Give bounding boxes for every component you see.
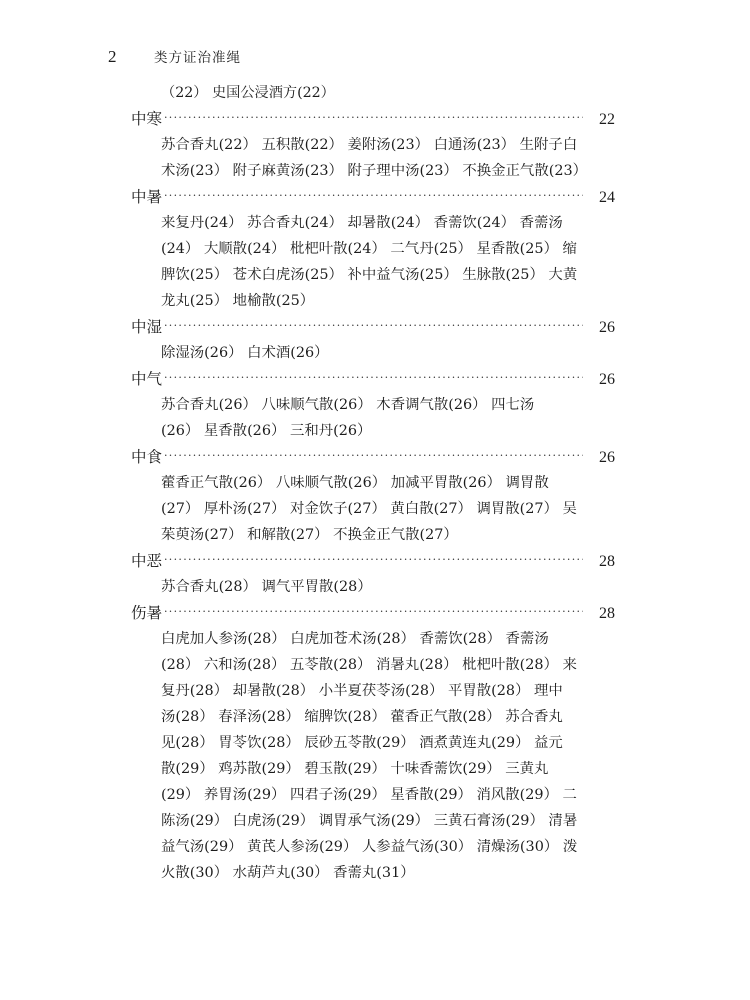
entry-page-number: 26 bbox=[585, 315, 615, 341]
sub-entry-line: 龙丸(25） 地榆散(25） bbox=[131, 288, 615, 314]
dot-leader: ········································… bbox=[164, 105, 583, 131]
toc-entry-heading[interactable]: 中食······································… bbox=[131, 444, 615, 470]
entry-page-number: 26 bbox=[585, 367, 615, 393]
sub-entry-line: 见(28） 胃苓饮(28） 辰砂五苓散(29） 酒煮黄连丸(29） 益元 bbox=[131, 730, 615, 756]
entry-page-number: 28 bbox=[585, 601, 615, 627]
entry-title: 中食 bbox=[131, 444, 162, 470]
sub-entry-line: (26） 星香散(26） 三和丹(26） bbox=[131, 418, 615, 444]
dot-leader: ········································… bbox=[164, 599, 583, 625]
entry-page-number: 24 bbox=[585, 185, 615, 211]
sub-entry-line: (28） 六和汤(28） 五苓散(28） 消暑丸(28） 枇杷叶散(28） 来 bbox=[131, 652, 615, 678]
entry-title: 中暑 bbox=[131, 184, 162, 210]
sub-entry-line: 复丹(28） 却暑散(28） 小半夏茯苓汤(28） 平胃散(28） 理中 bbox=[131, 678, 615, 704]
continued-line: （22） 史国公浸酒方(22） bbox=[131, 80, 615, 106]
sub-entry-line: 汤(28） 春泽汤(28） 缩脾饮(28） 藿香正气散(28） 苏合香丸 bbox=[131, 704, 615, 730]
sub-entry-line: (27） 厚朴汤(27） 对金饮子(27） 黄白散(27） 调胃散(27） 吴 bbox=[131, 496, 615, 522]
toc-entry-heading[interactable]: 中湿······································… bbox=[131, 314, 615, 340]
sub-entry-line: 茱萸汤(27） 和解散(27） 不换金正气散(27） bbox=[131, 522, 615, 548]
entry-title: 中湿 bbox=[131, 314, 162, 340]
sub-entry-line: 除湿汤(26） 白术酒(26） bbox=[131, 340, 615, 366]
sub-entry-line: 白虎加人参汤(28） 白虎加苍术汤(28） 香薷饮(28） 香薷汤 bbox=[131, 626, 615, 652]
toc-entry-heading[interactable]: 中气······································… bbox=[131, 366, 615, 392]
sub-entry-line: 陈汤(29） 白虎汤(29） 调胃承气汤(29） 三黄石膏汤(29） 清暑 bbox=[131, 808, 615, 834]
sub-entry-line: 来复丹(24） 苏合香丸(24） 却暑散(24） 香薷饮(24） 香薷汤 bbox=[131, 210, 615, 236]
entry-title: 伤暑 bbox=[131, 600, 162, 626]
sub-entry-line: 术汤(23） 附子麻黄汤(23） 附子理中汤(23） 不换金正气散(23） bbox=[131, 158, 615, 184]
toc-entry-heading[interactable]: 中暑······································… bbox=[131, 184, 615, 210]
entry-title: 中气 bbox=[131, 366, 162, 392]
toc-entries: 中寒······································… bbox=[131, 106, 615, 886]
sub-entry-line: (24） 大顺散(24） 枇杷叶散(24） 二气丹(25） 星香散(25） 缩 bbox=[131, 236, 615, 262]
book-title: 类方证治准绳 bbox=[154, 46, 241, 66]
page-number: 2 bbox=[108, 47, 154, 67]
toc-entry-heading[interactable]: 中寒······································… bbox=[131, 106, 615, 132]
table-of-contents: （22） 史国公浸酒方(22） 中寒······················… bbox=[131, 80, 615, 886]
toc-entry-heading[interactable]: 伤暑······································… bbox=[131, 600, 615, 626]
dot-leader: ········································… bbox=[164, 183, 583, 209]
dot-leader: ········································… bbox=[164, 365, 583, 391]
sub-entry-line: 脾饮(25） 苍术白虎汤(25） 补中益气汤(25） 生脉散(25） 大黄 bbox=[131, 262, 615, 288]
entry-page-number: 28 bbox=[585, 549, 615, 575]
entry-title: 中寒 bbox=[131, 106, 162, 132]
entry-page-number: 26 bbox=[585, 445, 615, 471]
running-head: 2 类方证治准绳 bbox=[108, 46, 241, 67]
dot-leader: ········································… bbox=[164, 313, 583, 339]
dot-leader: ········································… bbox=[164, 443, 583, 469]
sub-entry-line: 火散(30） 水葫芦丸(30） 香薷丸(31） bbox=[131, 860, 615, 886]
sub-entry-line: 苏合香丸(22） 五积散(22） 姜附汤(23） 白通汤(23） 生附子白 bbox=[131, 132, 615, 158]
dot-leader: ········································… bbox=[164, 547, 583, 573]
sub-entry-line: 苏合香丸(26） 八味顺气散(26） 木香调气散(26） 四七汤 bbox=[131, 392, 615, 418]
sub-entry-line: 益气汤(29） 黄芪人参汤(29） 人参益气汤(30） 清燥汤(30） 泼 bbox=[131, 834, 615, 860]
toc-entry-heading[interactable]: 中恶······································… bbox=[131, 548, 615, 574]
sub-entry-line: 苏合香丸(28） 调气平胃散(28） bbox=[131, 574, 615, 600]
sub-entry-line: 藿香正气散(26） 八味顺气散(26） 加减平胃散(26） 调胃散 bbox=[131, 470, 615, 496]
sub-entry-line: (29） 养胃汤(29） 四君子汤(29） 星香散(29） 消风散(29） 二 bbox=[131, 782, 615, 808]
entry-title: 中恶 bbox=[131, 548, 162, 574]
sub-entry-line: 散(29） 鸡苏散(29） 碧玉散(29） 十味香薷饮(29） 三黄丸 bbox=[131, 756, 615, 782]
entry-page-number: 22 bbox=[585, 107, 615, 133]
